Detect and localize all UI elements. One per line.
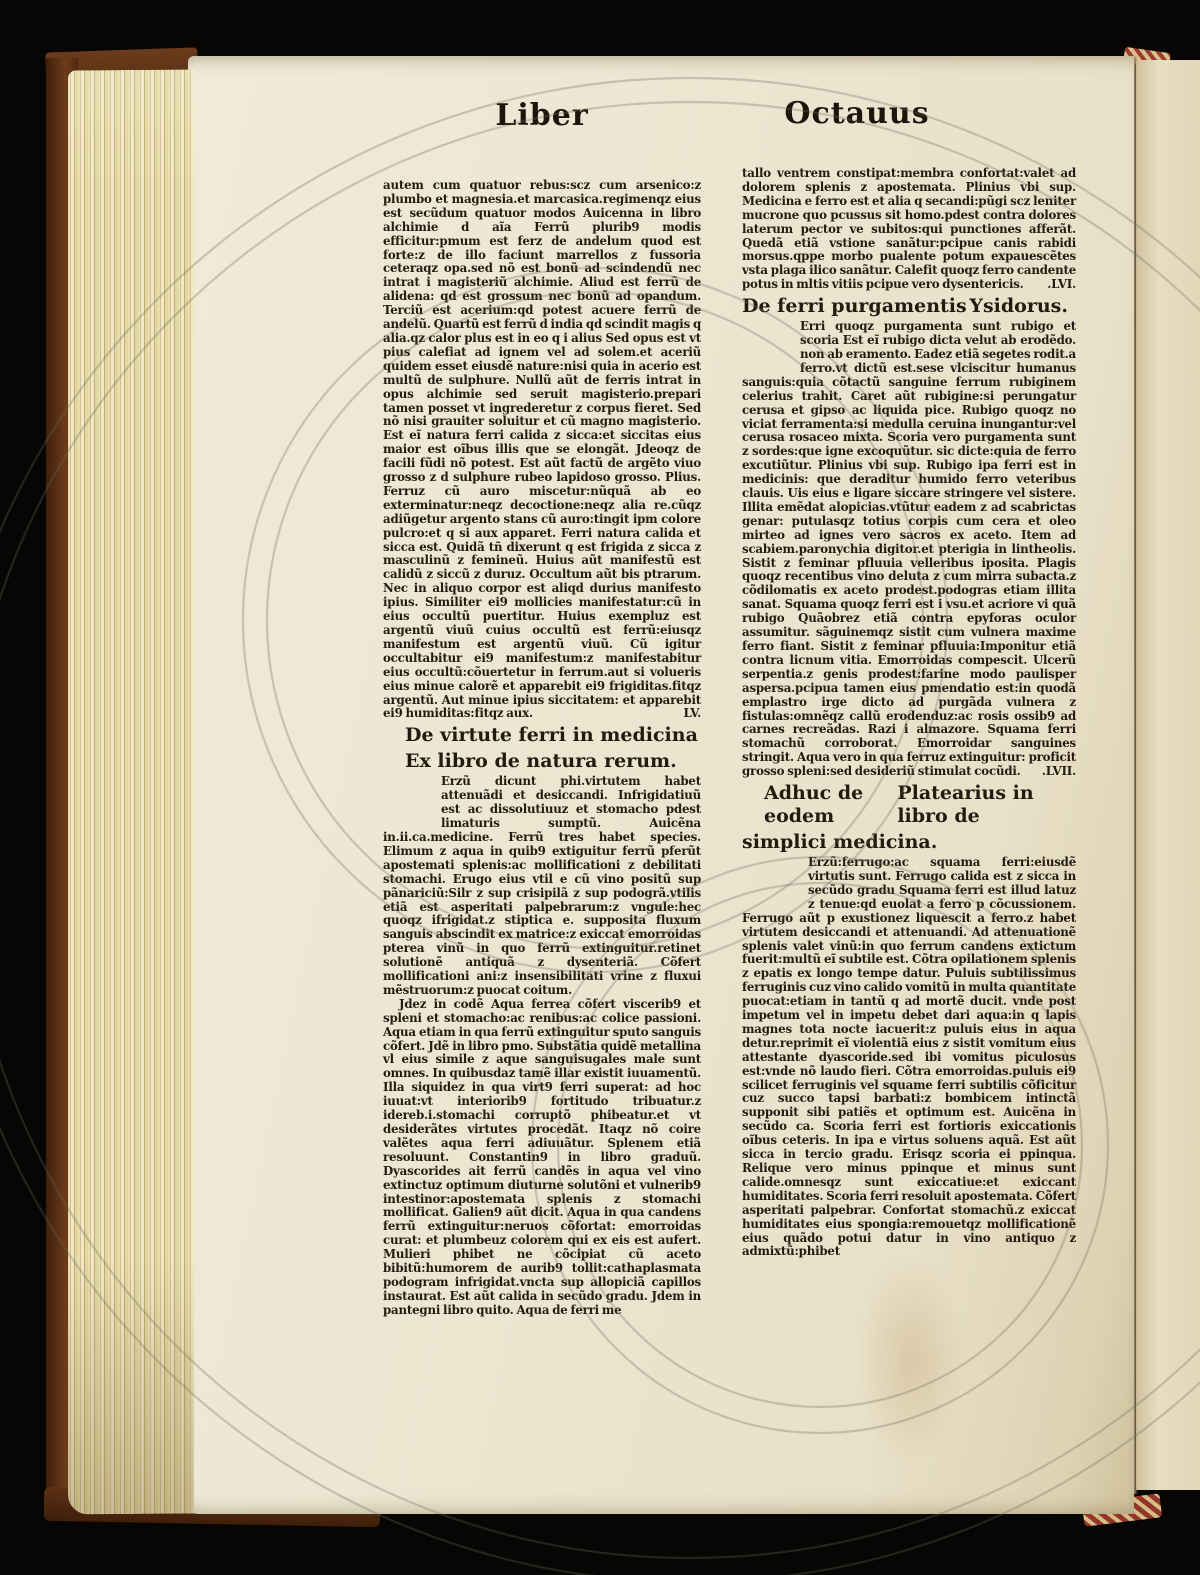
blank-initial-space <box>742 320 800 362</box>
blank-initial-space <box>742 856 808 898</box>
paragraph-text: Jdez in codẽ Aqua ferrea cõfert viscerib… <box>383 997 701 1317</box>
section-author: Platearius in libro de <box>897 782 1068 828</box>
blank-initial-space <box>383 775 441 817</box>
book-photograph: Liber Octauus autem cum quatuor rebus:sc… <box>0 0 1200 1575</box>
paragraph-ferrum-virtus: Erzũ dicunt phi.virtutem habet attenuãdi… <box>383 775 701 998</box>
chapter-number-lvii: .LVII. <box>1036 765 1076 779</box>
chapter-number-lvi: .LVI. <box>1041 278 1076 292</box>
chapter-number-lv: LV. <box>678 707 702 721</box>
section-source-heading: Ex libro de natura rerum. <box>383 750 701 773</box>
paragraph-purgamenta: Erri quoqz purgamenta sunt rubigo et sco… <box>742 320 1076 779</box>
paragraph-continuation-right: tallo ventrem constipat:membra confortat… <box>742 167 1076 292</box>
section-author: Ysidorus. <box>969 295 1068 318</box>
paragraph-text: Erri quoqz purgamenta sunt rubigo et sco… <box>742 319 1076 778</box>
text-column-right: tallo ventrem constipat:membra confortat… <box>742 167 1076 1259</box>
paragraph-text: tallo ventrem constipat:membra confortat… <box>742 166 1076 291</box>
section-heading-adhuc-de-eodem: Adhuc de eodem Platearius in libro de <box>742 782 1076 828</box>
paragraph-aqua-ferrea: Jdez in codẽ Aqua ferrea cõfert viscerib… <box>383 998 701 1318</box>
printed-text-layer: Liber Octauus autem cum quatuor rebus:sc… <box>0 0 1200 1575</box>
section-title: Adhuc de eodem <box>764 782 897 828</box>
section-heading-simplici-medicina: simplici medicina. <box>742 831 1076 854</box>
section-title: De ferri purgamentis <box>742 295 967 318</box>
section-heading-de-ferri-purgamentis: De ferri purgamentis Ysidorus. <box>742 295 1076 318</box>
paragraph-text: Erzũ:ferrugo:ac squama ferri:eiusdẽ virt… <box>742 855 1076 1258</box>
text-column-left: autem cum quatuor rebus:scz cum arsenico… <box>383 179 701 1318</box>
running-head-octauus: Octauus <box>742 96 972 131</box>
running-head-liber: Liber <box>383 98 701 133</box>
paragraph-continuation-left: autem cum quatuor rebus:scz cum arsenico… <box>383 179 701 721</box>
paragraph-text: autem cum quatuor rebus:scz cum arsenico… <box>383 178 701 720</box>
section-heading-de-virtute: De virtute ferri in medicina <box>383 724 701 747</box>
paragraph-ferrugo: Erzũ:ferrugo:ac squama ferri:eiusdẽ virt… <box>742 856 1076 1259</box>
